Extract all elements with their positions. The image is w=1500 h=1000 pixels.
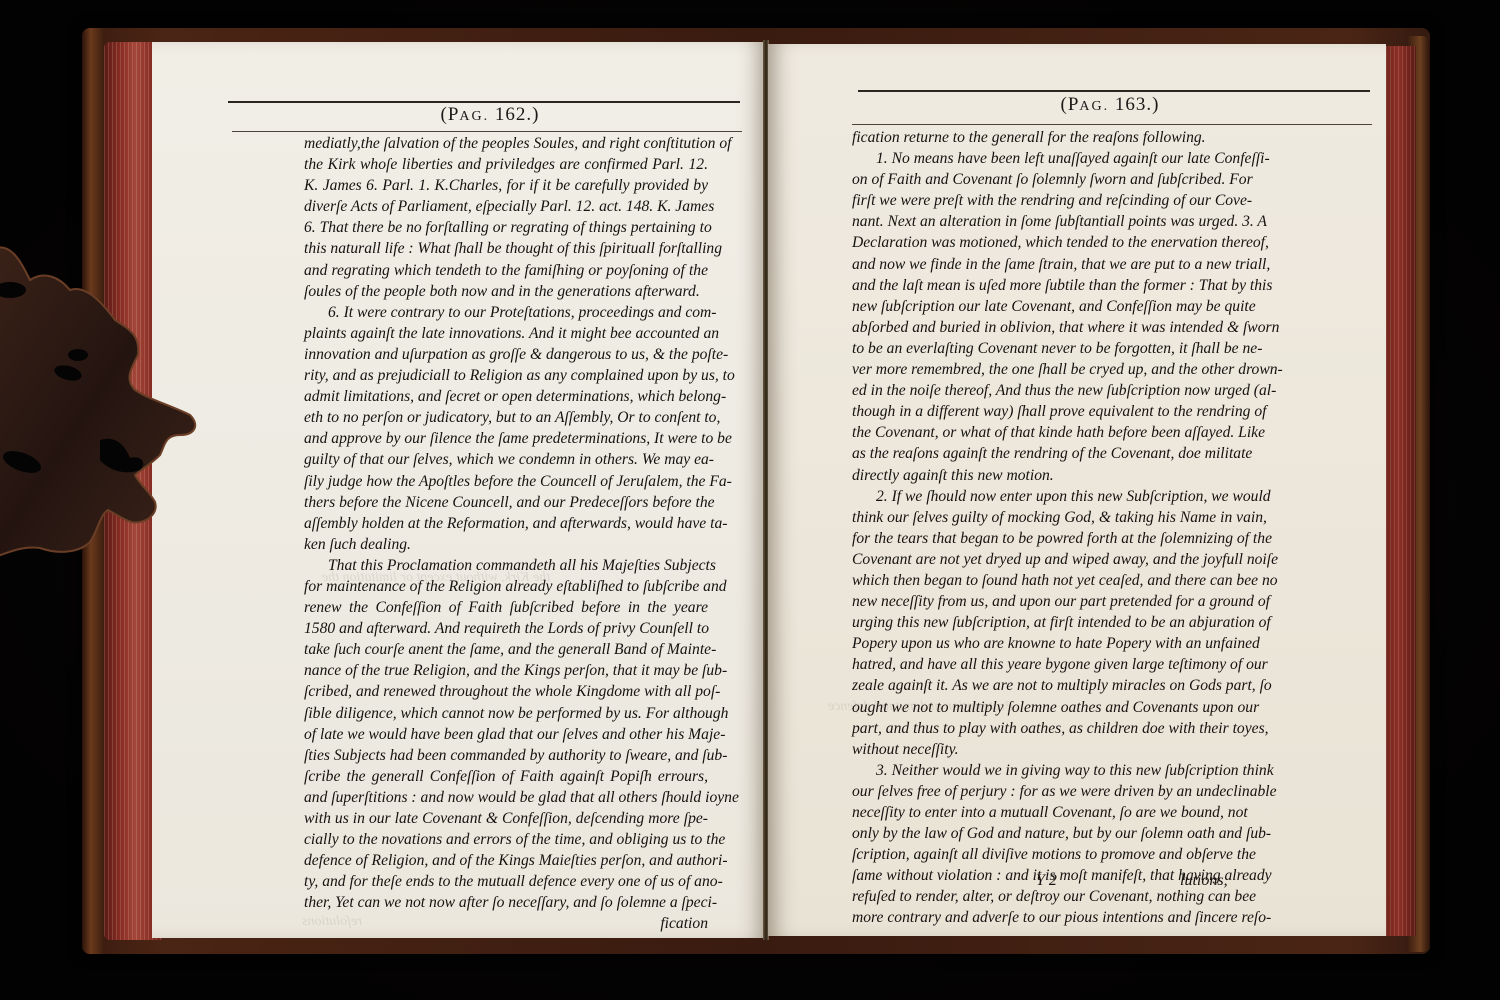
text-line: fication returne to the generall for the… [852, 127, 1240, 148]
text-line: the Kirk whoſe liberties and priviledges… [304, 154, 708, 175]
left-page-body-text: mediatly,the ſalvation of the peoples So… [304, 133, 708, 935]
header-rule-top [858, 90, 1370, 92]
text-line: ty, and for theſe ends to the mutuall de… [304, 871, 708, 892]
text-line: for maintenance of the Religion already … [304, 576, 708, 597]
text-line: ſoules of the people both now and in the… [304, 281, 708, 302]
text-line: with us in our late Covenant & Confeſſio… [304, 808, 708, 829]
metal-page-weight-ornament [0, 230, 210, 560]
text-line: ſcription, againſt all diviſive motions … [852, 844, 1240, 865]
text-line: part, and thus to play with oathes, as c… [852, 718, 1240, 739]
text-line: rity, and as prejudiciall to Religion as… [304, 365, 708, 386]
text-line: and approve by our ſilence the ſame pred… [304, 428, 708, 449]
paragraph-start-line: 3. Neither would we in giving way to thi… [852, 760, 1240, 781]
text-line: admit limitations, and ſecret or open de… [304, 386, 708, 407]
text-line: ſily judge how the Apoſtles before the C… [304, 471, 708, 492]
text-line: Covenant are not yet dryed up and wiped … [852, 549, 1240, 570]
text-line: ſible diligence, which cannot now be per… [304, 703, 708, 724]
text-line: new neceſſity from us, and upon our part… [852, 591, 1240, 612]
text-line: take ſuch courſe anent the ſame, and the… [304, 639, 708, 660]
signature-mark: Y 2 [1036, 872, 1057, 890]
text-line: directly againſt this new motion. [852, 465, 1240, 486]
text-line: and regrating which tendeth to the famiſ… [304, 260, 708, 281]
header-rule-bottom [232, 131, 742, 132]
page-number-header-right: (PAG. 163.) [1000, 94, 1220, 116]
text-line: more contrary and adverſe to our pious i… [852, 907, 1240, 928]
text-line: and ſuperſtitions : and now would be gla… [304, 787, 708, 808]
paragraph-start-line: 1. No means have been left unaſſayed aga… [852, 148, 1240, 169]
text-line: diverſe Acts of Parliament, eſpecially P… [304, 196, 708, 217]
header-rule-bottom [852, 124, 1372, 125]
red-page-edges-right [1382, 46, 1416, 936]
catchword: lutions, [1180, 872, 1228, 890]
text-line: eth to no perſon or judicatory, but to a… [304, 407, 708, 428]
text-line: urging this new ſubſcription, at firſt i… [852, 612, 1240, 633]
text-line: thers before the Nicene Councell, and ou… [304, 492, 708, 513]
text-line: neceſſity to enter into a mutuall Covena… [852, 802, 1240, 823]
paragraph-start-line: 6. It were contrary to our Proteſtations… [304, 302, 708, 323]
text-line: 6. That there be no forſtalling or regra… [304, 217, 708, 238]
text-line: ought we not to multiply ſolemne oathes … [852, 697, 1240, 718]
text-line: plaints againſt the late innovations. An… [304, 323, 708, 344]
text-line: cially to the novations and errors of th… [304, 829, 708, 850]
text-line: hatred, and have all this yeare bygone g… [852, 654, 1240, 675]
text-line: to be an everlaſting Covenant never to b… [852, 338, 1240, 359]
text-line: zeale againſt it. As we are not to multi… [852, 675, 1240, 696]
text-line: on of Faith and Covenant ſo ſolemnly ſwo… [852, 169, 1240, 190]
text-line: nant. Next an alteration in ſome ſubſtan… [852, 211, 1240, 232]
text-line: without neceſſity. [852, 739, 1240, 760]
text-line: ver more remembred, the one ſhall be cry… [852, 359, 1240, 380]
text-line: and now we finde in the ſame ſtrain, tha… [852, 254, 1240, 275]
text-line: aſſembly holden at the Reformation, and … [304, 513, 708, 534]
text-line: think our ſelves guilty of mocking God, … [852, 507, 1240, 528]
text-line: nance of the true Religion, and the King… [304, 660, 708, 681]
text-line: ken ſuch dealing. [304, 534, 708, 555]
text-line: of late we would have been glad that our… [304, 724, 708, 745]
text-line: new ſubſcription our late Covenant, and … [852, 296, 1240, 317]
text-line: Declaration was motioned, which tended t… [852, 232, 1240, 253]
text-line: ther, Yet can we not now after ſo neceſſ… [304, 892, 708, 913]
paragraph-start-line: That this Proclamation commandeth all hi… [304, 555, 708, 576]
text-line: as the reaſons againſt the rendring of t… [852, 443, 1240, 464]
text-line: ſties Subjects had been commanded by aut… [304, 745, 708, 766]
text-line: ſcribe the generall Confeſſion of Faith … [304, 766, 708, 787]
text-line: K. James 6. Parl. 1. K.Charles, for if i… [304, 175, 708, 196]
text-line: and the laſt mean is uſed more ſubtile t… [852, 275, 1240, 296]
text-line: our ſelves free of perjury : for as we w… [852, 781, 1240, 802]
text-line: Popery upon us who are knowne to hate Po… [852, 633, 1240, 654]
catchword: fication [304, 913, 708, 934]
text-line: which then began to ſound hath not yet c… [852, 570, 1240, 591]
text-line: innovation and uſurpation as groſſe & da… [304, 344, 708, 365]
text-line: for the tears that began to be powred fo… [852, 528, 1240, 549]
text-line: this naturall life : What ſhall be thoug… [304, 238, 708, 259]
text-line: ſcribed, and renewed throughout the whol… [304, 681, 708, 702]
text-line: only by the law of God and nature, but b… [852, 823, 1240, 844]
text-line: 1580 and afterward. And requireth the Lo… [304, 618, 708, 639]
page-number-header-left: (PAG. 162.) [380, 104, 600, 126]
header-rule-top [228, 101, 740, 103]
text-line: firſt we were preſt with the rendring an… [852, 190, 1240, 211]
paragraph-start-line: 2. If we ſhould now enter upon this new … [852, 486, 1240, 507]
text-line: renew the Confeſſion of Faith ſubſcribed… [304, 597, 708, 618]
text-line: the Covenant, or what of that kinde hath… [852, 422, 1240, 443]
text-line: ed in the noiſe thereof, And thus the ne… [852, 380, 1240, 401]
text-line: guilty of that our ſelves, which we cond… [304, 449, 708, 470]
text-line: mediatly,the ſalvation of the peoples So… [304, 133, 708, 154]
text-line: though in a different way) ſhall prove e… [852, 401, 1240, 422]
right-page-body-text: fication returne to the generall for the… [852, 127, 1240, 929]
text-line: abſorbed and buried in oblivion, that wh… [852, 317, 1240, 338]
text-line: defence of Religion, and of the Kings Ma… [304, 850, 708, 871]
